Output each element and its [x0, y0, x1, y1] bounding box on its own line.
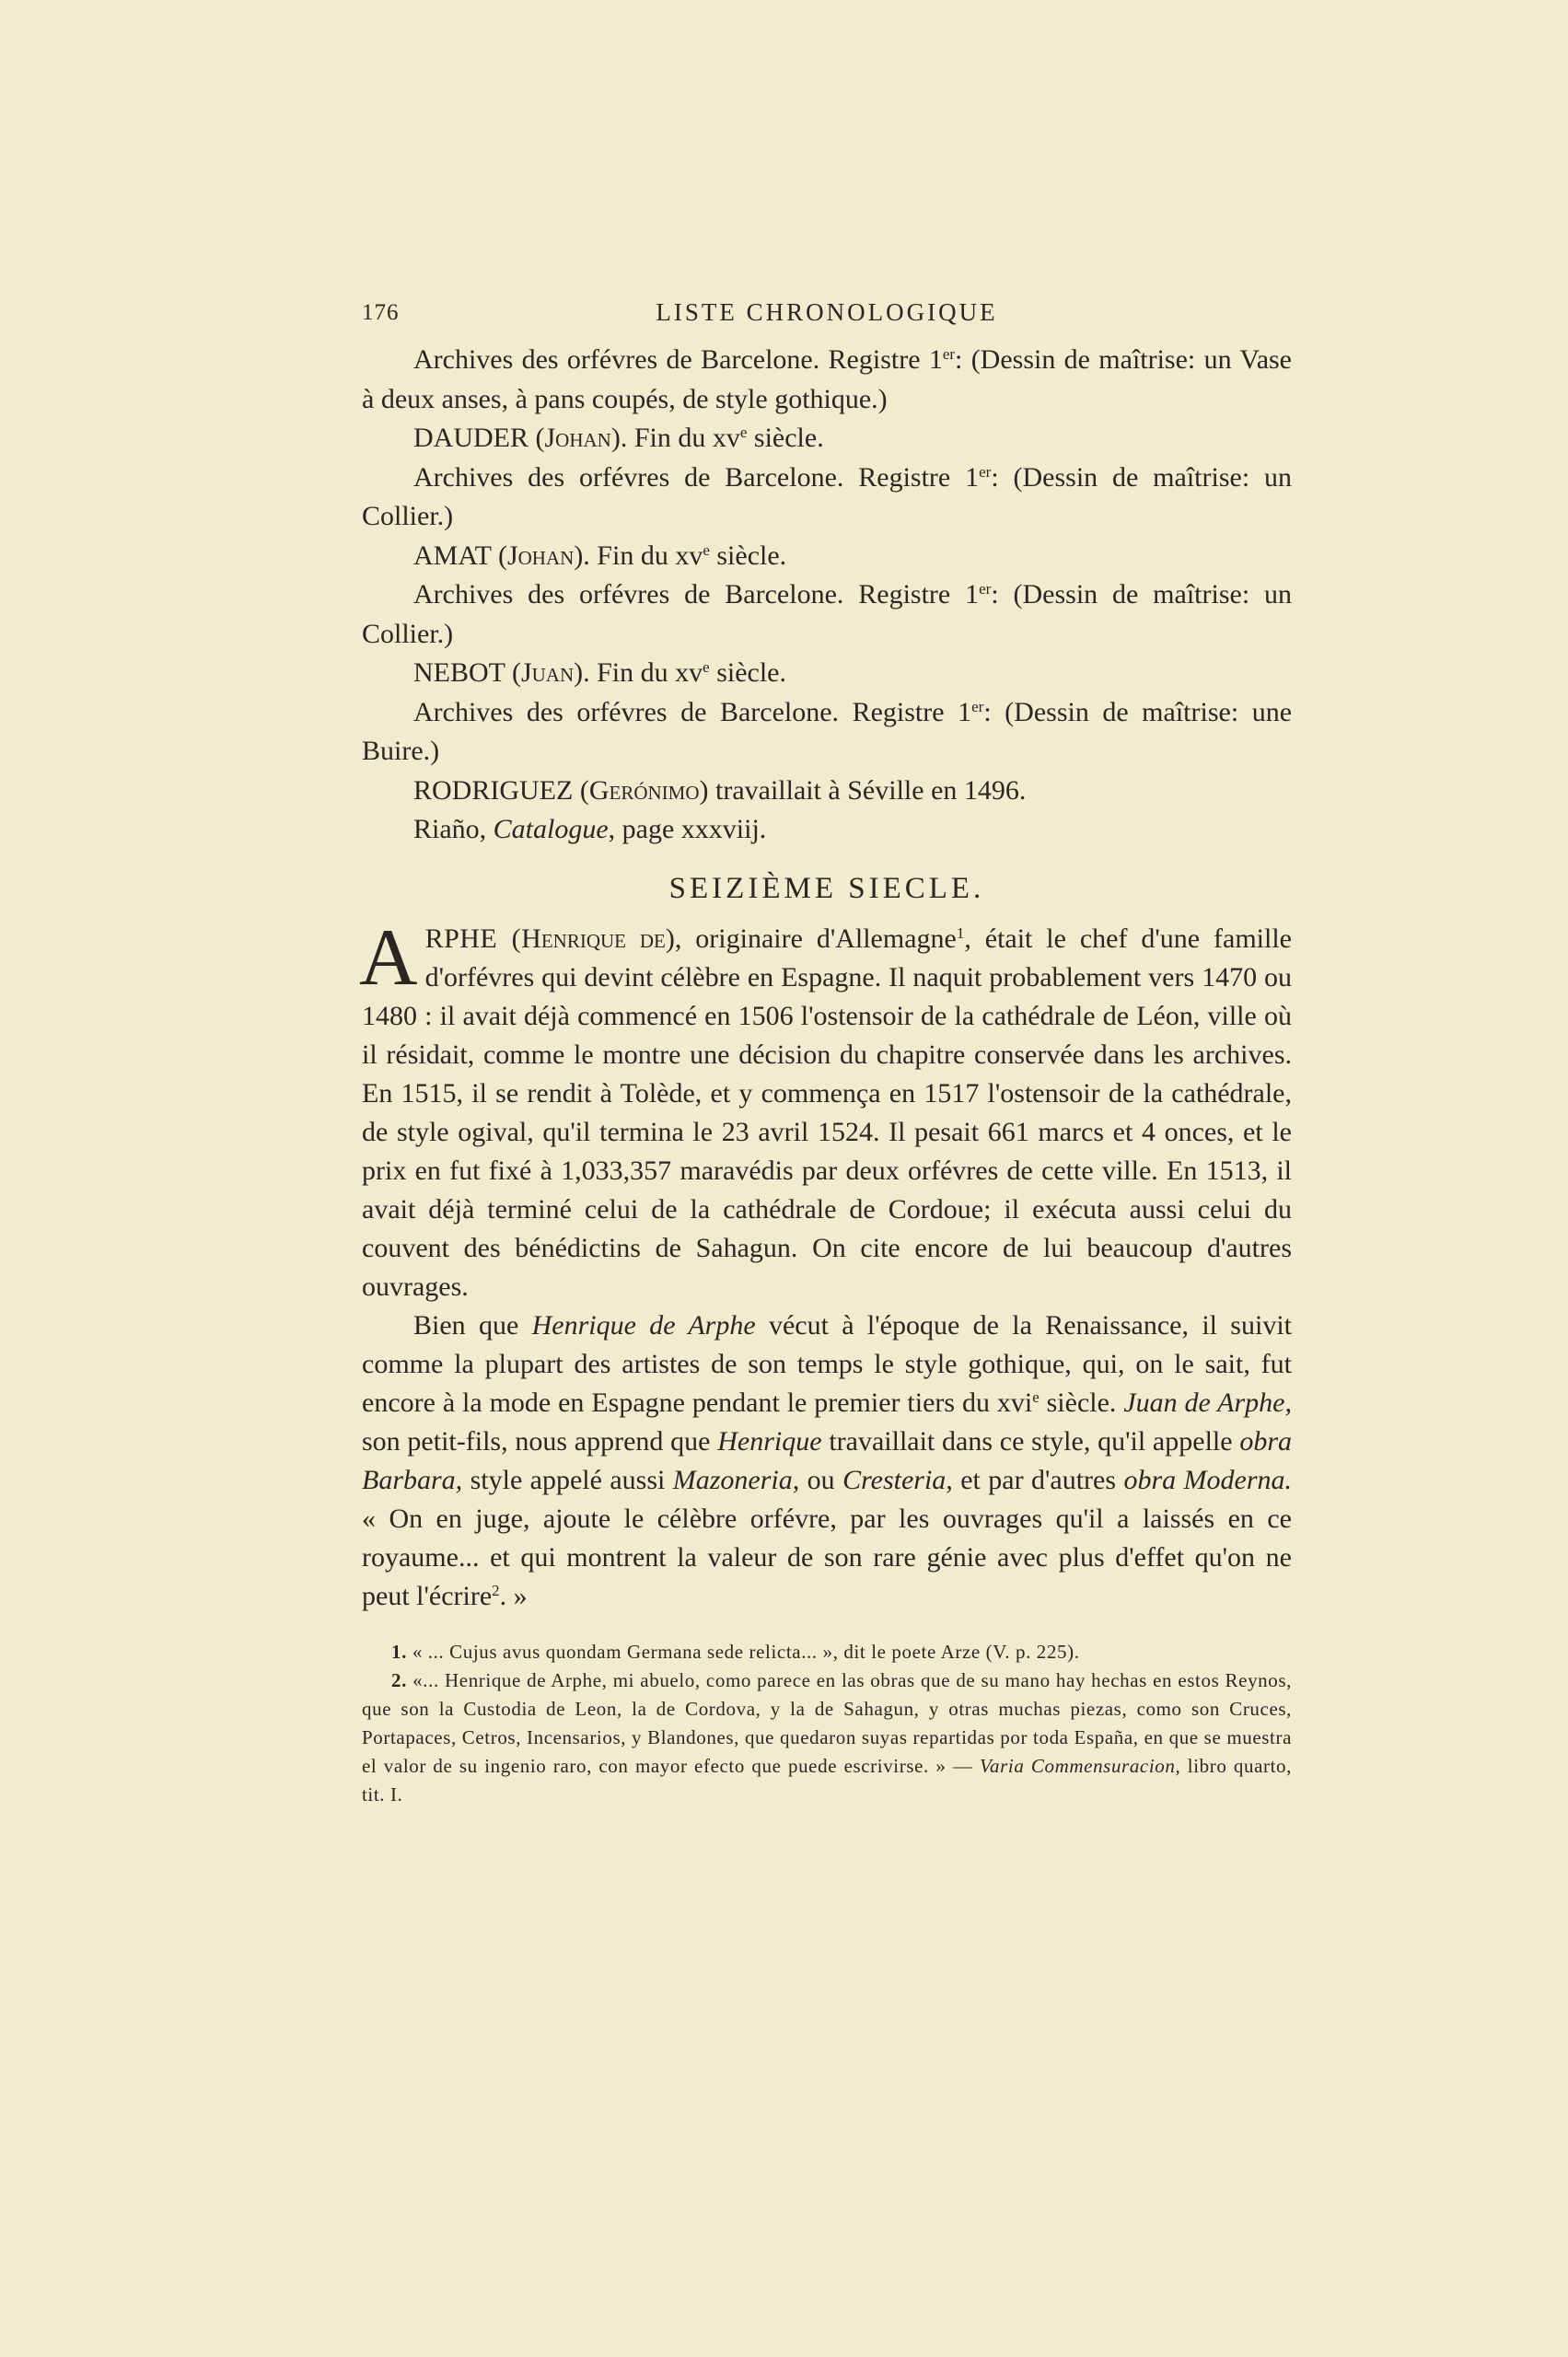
artisan-firstname: Henrique de: [521, 923, 666, 954]
artisan-firstname: Johan: [507, 540, 574, 571]
entry-nebot: NEBOT (Juan). Fin du xve siècle. Archive…: [362, 654, 1292, 772]
entry-amat: AMAT (Johan). Fin du xve siècle. Archive…: [362, 537, 1292, 655]
footnote-1: 1. « ... Cujus avus quondam Germana sede…: [362, 1638, 1292, 1666]
drop-cap: A: [359, 925, 418, 992]
artisan-name: RODRIGUEZ: [413, 775, 573, 806]
reference-text: Riaño, Catalogue, page xxxviij.: [362, 810, 1292, 850]
entry-heading: NEBOT (Juan). Fin du xve siècle.: [362, 654, 1292, 693]
footnote-number: 1.: [391, 1641, 407, 1663]
footnotes: 1. « ... Cujus avus quondam Germana sede…: [362, 1638, 1292, 1809]
footnote-number: 2.: [391, 1669, 407, 1691]
article-paragraph-1: ARPHE (Henrique de), originaire d'Allema…: [362, 920, 1292, 1306]
artisan-name: DAUDER: [413, 423, 528, 453]
entry-rodriguez: RODRIGUEZ (Gerónimo) travaillait à Sévil…: [362, 772, 1292, 850]
running-title: LISTE CHRONOLOGIQUE: [362, 298, 1292, 327]
entry-heading: DAUDER (Johan). Fin du xve siècle.: [362, 419, 1292, 459]
artisan-firstname: Johan: [545, 423, 611, 453]
entry-list: Archives des orfévres de Barcelone. Regi…: [362, 341, 1292, 850]
artisan-firstname: Gerónimo: [589, 775, 700, 806]
article-arphe: ARPHE (Henrique de), originaire d'Allema…: [362, 920, 1292, 1616]
entry-dauder: DAUDER (Johan). Fin du xve siècle. Archi…: [362, 419, 1292, 537]
artisan-firstname: Juan: [521, 657, 574, 688]
artisan-name: NEBOT: [413, 657, 505, 688]
footnote-2: 2. «... Henrique de Arphe, mi abuelo, co…: [362, 1666, 1292, 1809]
source-text: Archives des orfévres de Barcelone. Regi…: [362, 341, 1292, 419]
article-paragraph-2: Bien que Henrique de Arphe vécut à l'épo…: [362, 1306, 1292, 1616]
book-page: 176 LISTE CHRONOLOGIQUE Archives des orf…: [362, 293, 1292, 1809]
entry-source: Archives des orfévres de Barcelone. Regi…: [362, 341, 1292, 419]
footnote-ref-2[interactable]: 2: [492, 1582, 500, 1599]
source-text: Archives des orfévres de Barcelone. Regi…: [362, 575, 1292, 654]
running-head: 176 LISTE CHRONOLOGIQUE: [362, 293, 1292, 339]
source-text: Archives des orfévres de Barcelone. Regi…: [362, 693, 1292, 772]
artisan-name: AMAT: [413, 540, 491, 571]
section-title: SEIZIÈME SIECLE.: [362, 870, 1292, 907]
entry-heading: RODRIGUEZ (Gerónimo) travaillait à Sévil…: [362, 772, 1292, 811]
source-text: Archives des orfévres de Barcelone. Regi…: [362, 459, 1292, 537]
entry-heading: AMAT (Johan). Fin du xve siècle.: [362, 537, 1292, 576]
